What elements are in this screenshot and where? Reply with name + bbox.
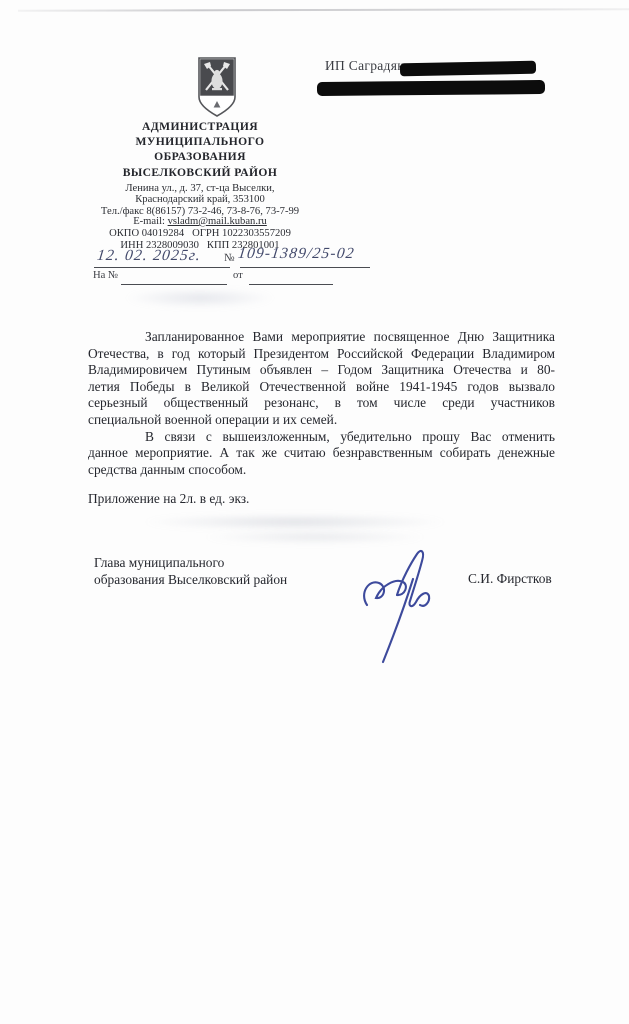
document-page: АДМИНИСТРАЦИЯМУНИЦИПАЛЬНОГООБРАЗОВАНИЯВЫ…: [0, 0, 629, 1024]
reference-from-label: от: [233, 270, 243, 281]
scan-artifact-line: [18, 8, 629, 12]
recipient-name: ИП Саградян: [325, 58, 405, 74]
body-line: средства данным способом.: [88, 462, 555, 479]
reference-from-underline: [249, 283, 333, 285]
org-email: E-mail: vsladm@mail.kuban.ru: [60, 216, 340, 227]
date-handwritten: 12. 02. 2025г.: [96, 247, 202, 265]
org-name-line: ВЫСЕЛКОВСКИЙ РАЙОН: [60, 165, 340, 180]
letter-body: Запланированное Вами мероприятие посвяще…: [88, 329, 555, 508]
email-label: E-mail:: [133, 216, 167, 227]
email-value: vsladm@mail.kuban.ru: [168, 216, 267, 227]
org-address-line: Ленина ул., д. 37, ст-ца Выселки,: [60, 183, 340, 194]
org-codes-1: ОКПО 04019284 ОГРН 1022303557209: [60, 228, 340, 239]
redaction-bar: [400, 61, 536, 77]
org-name-line: ОБРАЗОВАНИЯ: [60, 149, 340, 164]
number-handwritten: 109-1389/25-02: [237, 245, 356, 263]
number-label: №: [224, 252, 235, 264]
number-underline: [240, 266, 370, 268]
body-line: специальной военной операции и их семей.: [88, 412, 555, 429]
date-underline: [94, 266, 230, 268]
signer-title: Глава муниципального образования Выселко…: [94, 555, 287, 589]
body-paragraph-2: В связи с вышеизложенным, убедительно пр…: [88, 429, 555, 479]
attachment-note: Приложение на 2л. в ед. экз.: [88, 491, 555, 508]
body-line: летия Победы в Великой Отечественной вой…: [88, 379, 555, 396]
reference-underline: [121, 283, 227, 285]
org-name: АДМИНИСТРАЦИЯМУНИЦИПАЛЬНОГООБРАЗОВАНИЯВЫ…: [60, 119, 340, 180]
body-line: серьезный общественный резонанс, в том ч…: [88, 395, 555, 412]
signer-title-line: Глава муниципального: [94, 555, 287, 572]
org-address-line: Краснодарский край, 353100: [60, 194, 340, 205]
org-name-line: МУНИЦИПАЛЬНОГО: [60, 134, 340, 149]
signer-name: С.И. Фирстков: [468, 571, 552, 587]
handwritten-signature: [350, 541, 444, 669]
coat-of-arms: [197, 56, 237, 118]
signer-title-line: образования Выселковский район: [94, 572, 287, 589]
body-line: Запланированное Вами мероприятие посвяще…: [88, 329, 555, 346]
reference-label: На №: [93, 270, 118, 281]
body-line: В связи с вышеизложенным, убедительно пр…: [88, 429, 555, 446]
body-line: Владимировичем Путиным объявлен – Годом …: [88, 362, 555, 379]
body-line: данное мероприятие. А так же считаю безн…: [88, 445, 555, 462]
scan-smudge: [125, 288, 275, 308]
body-paragraph-1: Запланированное Вами мероприятие посвяще…: [88, 329, 555, 429]
body-line: Отечества, в год который Президентом Рос…: [88, 346, 555, 363]
org-name-line: АДМИНИСТРАЦИЯ: [60, 119, 340, 134]
org-address: Ленина ул., д. 37, ст-ца Выселки,Краснод…: [60, 183, 340, 217]
scan-smudge: [145, 514, 445, 530]
redaction-bar: [317, 80, 545, 96]
